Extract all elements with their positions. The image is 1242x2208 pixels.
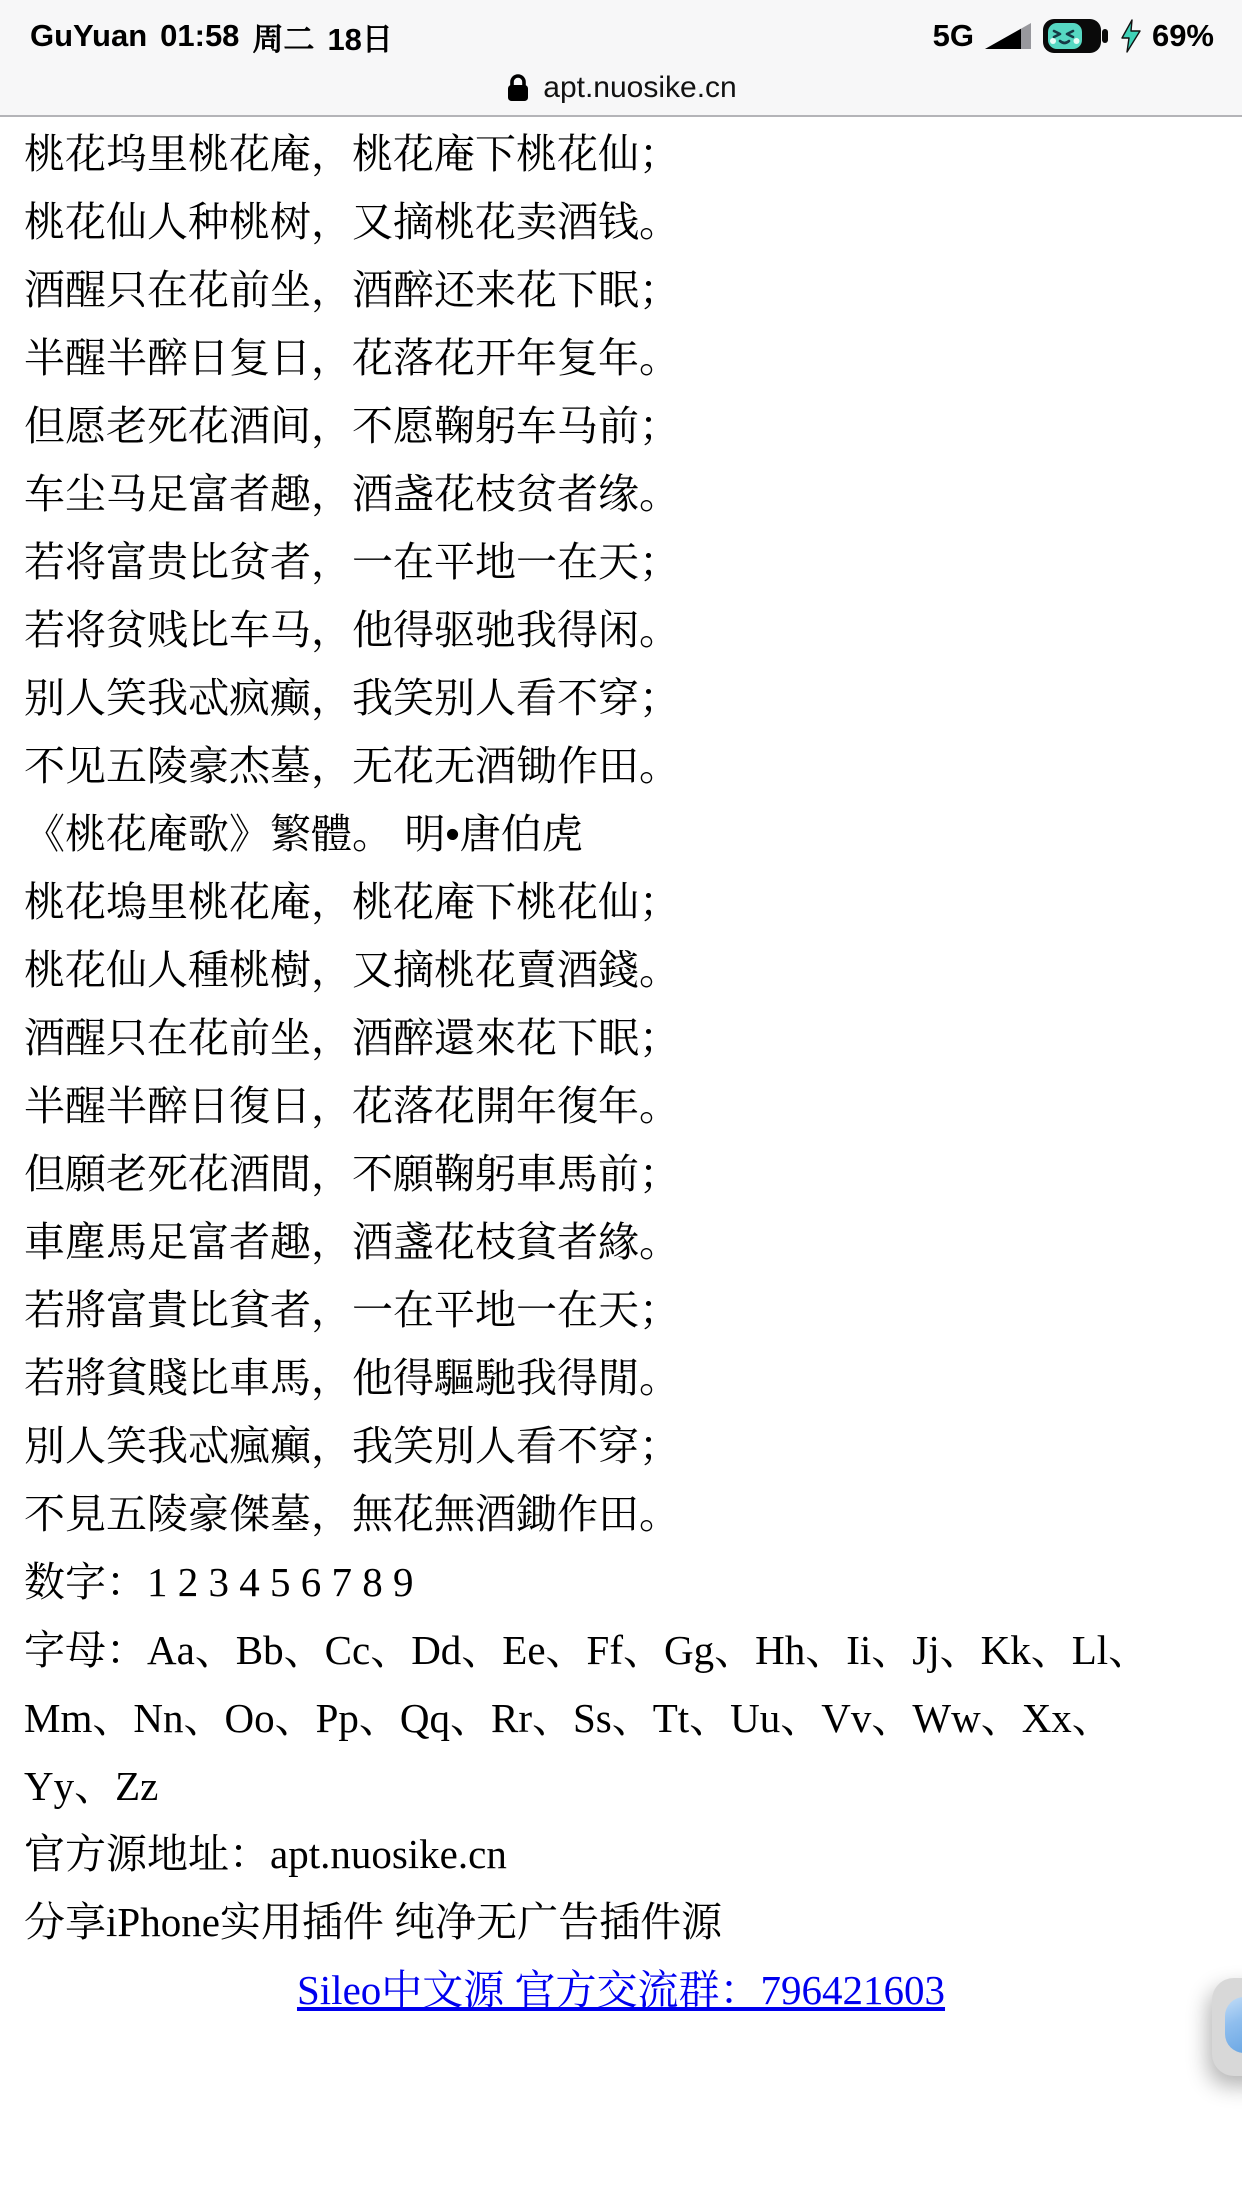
poem-line: 桃花仙人種桃樹，又摘桃花賣酒錢。 (24, 947, 680, 993)
floating-button[interactable] (1212, 1978, 1242, 2076)
poem-line: 但愿老死花酒间，不愿鞠躬车马前； (24, 403, 680, 449)
lock-icon (505, 73, 531, 103)
poem-line: 桃花坞里桃花庵，桃花庵下桃花仙； (24, 131, 680, 177)
url-host: apt.nuosike.cn (543, 71, 736, 105)
browser-chrome: GuYuan 01:58 周二 18日 5G (0, 0, 1242, 117)
source-host: apt.nuosike.cn (270, 1831, 507, 1877)
poem-line: 车尘马足富者趣，酒盏花枝贫者缘。 (24, 471, 680, 517)
blue-pill-icon (1225, 1997, 1242, 2053)
poem-line: 若将贫贱比车马，他得驱驰我得闲。 (24, 607, 680, 653)
battery-face-icon (1042, 15, 1110, 57)
poem-line: 酒醒只在花前坐，酒醉还来花下眠； (24, 267, 680, 313)
poem-line: 若將富貴比貧者，一在平地一在天； (24, 1287, 680, 1333)
carrier-label: GuYuan (30, 18, 147, 54)
letters-label: 字母： (24, 1627, 147, 1673)
status-left-cluster: GuYuan 01:58 周二 18日 (30, 14, 393, 59)
charging-bolt-icon (1121, 19, 1141, 53)
status-bar: GuYuan 01:58 周二 18日 5G (0, 0, 1242, 62)
status-clock: 01:58 (160, 18, 239, 54)
poem-line: 別人笑我忒瘋癲，我笑別人看不穿； (24, 1423, 680, 1469)
status-right-cluster: 5G (933, 15, 1214, 57)
url-bar[interactable]: apt.nuosike.cn (0, 62, 1242, 114)
poem-line: 若將貧賤比車馬，他得驅馳我得閒。 (24, 1355, 680, 1401)
poem-line: 酒醒只在花前坐，酒醉還來花下眠； (24, 1015, 680, 1061)
poem-simplified: 桃花坞里桃花庵，桃花庵下桃花仙； 桃花仙人种桃树，又摘桃花卖酒钱。 酒醒只在花前… (24, 120, 1218, 800)
source-label: 官方源地址： (24, 1831, 270, 1877)
poem-line: 别人笑我忒疯癫，我笑别人看不穿； (24, 675, 680, 721)
page-content: 桃花坞里桃花庵，桃花庵下桃花仙； 桃花仙人种桃树，又摘桃花卖酒钱。 酒醒只在花前… (0, 120, 1242, 2024)
status-day: 18日 (327, 14, 392, 59)
poem-traditional-title: 《桃花庵歌》繁體。 明•唐伯虎 (24, 811, 583, 857)
poem-line: 半醒半醉日復日，花落花開年復年。 (24, 1083, 680, 1129)
poem-line: 不見五陵豪傑墓，無花無酒鋤作田。 (24, 1491, 680, 1537)
poem-line: 若将富贵比贫者，一在平地一在天； (24, 539, 680, 585)
network-type-label: 5G (933, 18, 974, 54)
battery-percent: 69% (1152, 18, 1214, 54)
share-line: 分享iPhone实用插件 纯净无广告插件源 (24, 1888, 1218, 1956)
cellular-signal-icon (985, 22, 1031, 50)
poem-line: 但願老死花酒間，不願鞠躬車馬前； (24, 1151, 680, 1197)
poem-traditional: 《桃花庵歌》繁體。 明•唐伯虎 桃花塢里桃花庵，桃花庵下桃花仙； 桃花仙人種桃樹… (24, 800, 1218, 1548)
status-weekday: 周二 (252, 14, 314, 59)
letters-sample-line: Aa、Bb、Cc、Dd、Ee、Ff、Gg、Hh、Ii、Jj、Kk、Ll、 (147, 1627, 1149, 1673)
poem-line: 不见五陵豪杰墓，无花无酒锄作田。 (24, 743, 680, 789)
letters-sample-line: Yy、Zz (24, 1763, 158, 1809)
poem-line: 半醒半醉日复日，花落花开年复年。 (24, 335, 680, 381)
poem-line: 桃花仙人种桃树，又摘桃花卖酒钱。 (24, 199, 680, 245)
poem-line: 車塵馬足富者趣，酒盞花枝貧者緣。 (24, 1219, 680, 1265)
poem-line: 桃花塢里桃花庵，桃花庵下桃花仙； (24, 879, 680, 925)
group-link[interactable]: Sileo中文源 官方交流群：796421603 (297, 1967, 945, 2013)
digits-sample: 1 2 3 4 5 6 7 8 9 (147, 1559, 414, 1605)
samples-block: 数字：1 2 3 4 5 6 7 8 9 字母：Aa、Bb、Cc、Dd、Ee、F… (24, 1548, 1218, 1888)
letters-sample-line: Mm、Nn、Oo、Pp、Qq、Rr、Ss、Tt、Uu、Vv、Ww、Xx、 (24, 1695, 1113, 1741)
link-line: Sileo中文源 官方交流群：796421603 (24, 1956, 1218, 2024)
digits-label: 数字： (24, 1559, 147, 1605)
